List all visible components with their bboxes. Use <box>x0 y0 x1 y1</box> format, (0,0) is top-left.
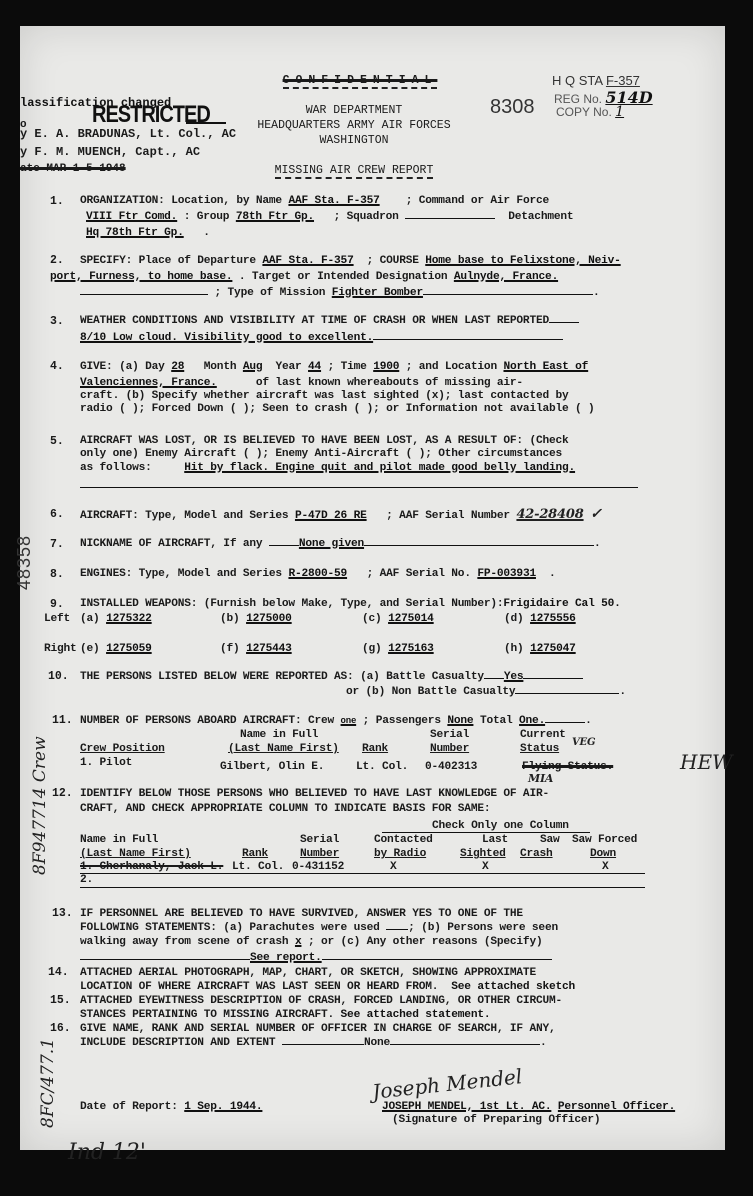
stamp-date: ate MAR 1 5 1948 <box>20 163 228 175</box>
weapons-right-row: Right (e) 1275059 (f) 1275443 (g) 127516… <box>44 642 77 656</box>
section-2-line-3: ; Type of Mission Fighter Bomber. <box>80 286 599 300</box>
section-1-number: 1. <box>50 195 64 208</box>
section-5-blank-line <box>80 487 638 488</box>
section-15-number: 15. <box>50 994 71 1007</box>
section-12-number: 12. <box>52 787 73 800</box>
weather-value: 8/10 Low cloud. Visibility good to excel… <box>80 331 563 345</box>
section-2-line-2: port, Furness, to home base. . Target or… <box>50 270 558 284</box>
section-4-line-2: Valenciennes, France. of last known wher… <box>80 376 523 390</box>
stamp-authority-2: y F. M. MUENCH, Capt., AC <box>20 145 200 159</box>
initials-note: HEW <box>680 750 733 774</box>
section-13-line-2: FOLLOWING STATEMENTS: (a) Parachutes wer… <box>80 921 558 935</box>
weapons-left-row: Left (a) 1275322 (b) 1275000 (c) 1275014… <box>44 612 70 626</box>
section-5-number: 5. <box>50 435 64 448</box>
vertical-file-number: 48358 <box>14 535 35 590</box>
washington: WASHINGTON <box>224 133 484 148</box>
page-title: MISSING AIR CREW REPORT <box>224 163 484 178</box>
section-4-number: 4. <box>50 360 64 373</box>
section-14-line-1: ATTACHED AERIAL PHOTOGRAPH, MAP, CHART, … <box>80 966 536 980</box>
date-of-report: Date of Report: 1 Sep. 1944. <box>80 1100 262 1114</box>
bottom-initial-note: Ind 12' <box>68 1140 146 1165</box>
hq-sta: H Q STA F-357 <box>552 73 640 88</box>
section-8-number: 8. <box>50 568 64 581</box>
section-10-line-1: THE PERSONS LISTED BELOW WERE REPORTED A… <box>80 670 583 684</box>
section-16-line-1: GIVE NAME, RANK AND SERIAL NUMBER OF OFF… <box>80 1022 556 1036</box>
crew-margin-note: 8F947714 Crew <box>30 736 50 875</box>
section-14-number: 14. <box>48 966 69 979</box>
section-13-line-3: walking away from scene of crash x ; or … <box>80 935 542 949</box>
restricted-stamp: RESTRICTED <box>92 102 210 130</box>
stamp-authority-1: y E. A. BRADUNAS, Lt. Col., AC <box>20 127 236 141</box>
section-15-line-1: ATTACHED EYEWITNESS DESCRIPTION OF CRASH… <box>80 994 562 1008</box>
section-10-number: 10. <box>48 670 69 683</box>
section-9-label: INSTALLED WEAPONS: (Furnish below Make, … <box>80 597 621 611</box>
bottom-margin-note: 8FC/477.1 <box>38 1038 58 1128</box>
section-16-number: 16. <box>50 1022 71 1035</box>
section-14-line-2: LOCATION OF WHERE AIRCRAFT WAS LAST SEEN… <box>80 980 575 994</box>
stamp-underline <box>186 122 226 124</box>
section-15-line-2: STANCES PERTAINING TO MISSING AIRCRAFT. … <box>80 1008 490 1022</box>
section-7-number: 7. <box>50 538 64 551</box>
section-6-line: AIRCRAFT: Type, Model and Series P-47D 2… <box>80 507 602 523</box>
section-7-line: NICKNAME OF AIRCRAFT, If any None given. <box>80 537 601 551</box>
section-13-line-1: IF PERSONNEL ARE BELIEVED TO HAVE SURVIV… <box>80 907 523 921</box>
section-4-line-3: craft. (b) Specify whether aircraft was … <box>80 389 569 403</box>
section-13-line-4: See report. <box>80 951 552 965</box>
preparing-officer: JOSEPH MENDEL, 1st Lt. AC. Personnel Off… <box>382 1100 675 1114</box>
section-13-number: 13. <box>52 907 73 920</box>
signature-caption: (Signature of Preparing Officer) <box>392 1113 600 1127</box>
location-value: AAF Sta. F-357 <box>288 195 379 207</box>
section-3-number: 3. <box>50 315 64 328</box>
section-11-line: NUMBER OF PERSONS ABOARD AIRCRAFT: Crew … <box>80 714 592 728</box>
witness-table: Check Only one Column Name in Full Seria… <box>80 819 645 889</box>
section-4-line-1: GIVE: (a) Day 28 Month Aug Year 44 ; Tim… <box>80 360 588 374</box>
section-2-number: 2. <box>50 254 64 267</box>
section-2-line-1: SPECIFY: Place of Departure AAF Sta. F-3… <box>80 254 621 268</box>
section-1-line-3: Hq 78th Ftr Gp. . <box>86 226 210 240</box>
copy-no: COPY No. 1 <box>556 104 624 120</box>
section-1-line-1: ORGANIZATION: Location, by Name AAF Sta.… <box>80 194 549 208</box>
section-5-line-1: AIRCRAFT WAS LOST, OR IS BELIEVED TO HAV… <box>80 434 569 448</box>
section-1-line-2: VIII Ftr Comd. : Group 78th Ftr Gp. ; Sq… <box>86 210 573 224</box>
section-6-number: 6. <box>50 508 64 521</box>
section-16-line-2: INCLUDE DESCRIPTION AND EXTENT None. <box>80 1036 547 1050</box>
section-12-line-2: CRAFT, AND CHECK APPROPRIATE COLUMN TO I… <box>80 802 490 816</box>
section-4-line-4: radio ( ); Forced Down ( ); Seen to cras… <box>80 402 595 416</box>
section-10-line-2: or (b) Non Battle Casualty. <box>346 685 626 699</box>
section-5-line-3: as follows: Hit by flack. Engine quit an… <box>80 461 575 475</box>
section-8-line: ENGINES: Type, Model and Series R-2800-5… <box>80 567 556 581</box>
section-11-number: 11. <box>52 714 73 727</box>
section-3-label: WEATHER CONDITIONS AND VISIBILITY AT TIM… <box>80 314 579 328</box>
section-5-line-2: only one) Enemy Aircraft ( ); Enemy Anti… <box>80 447 562 461</box>
file-number: 8308 <box>490 96 535 119</box>
hq-army-air-forces: HEADQUARTERS ARMY AIR FORCES <box>224 118 484 133</box>
section-12-line-1: IDENTIFY BELOW THOSE PERSONS WHO BELIEVE… <box>80 787 549 801</box>
classification-header: CONFIDENTIAL <box>230 73 490 88</box>
section-9-number: 9. <box>50 598 64 611</box>
war-department: WAR DEPARTMENT <box>224 103 484 118</box>
